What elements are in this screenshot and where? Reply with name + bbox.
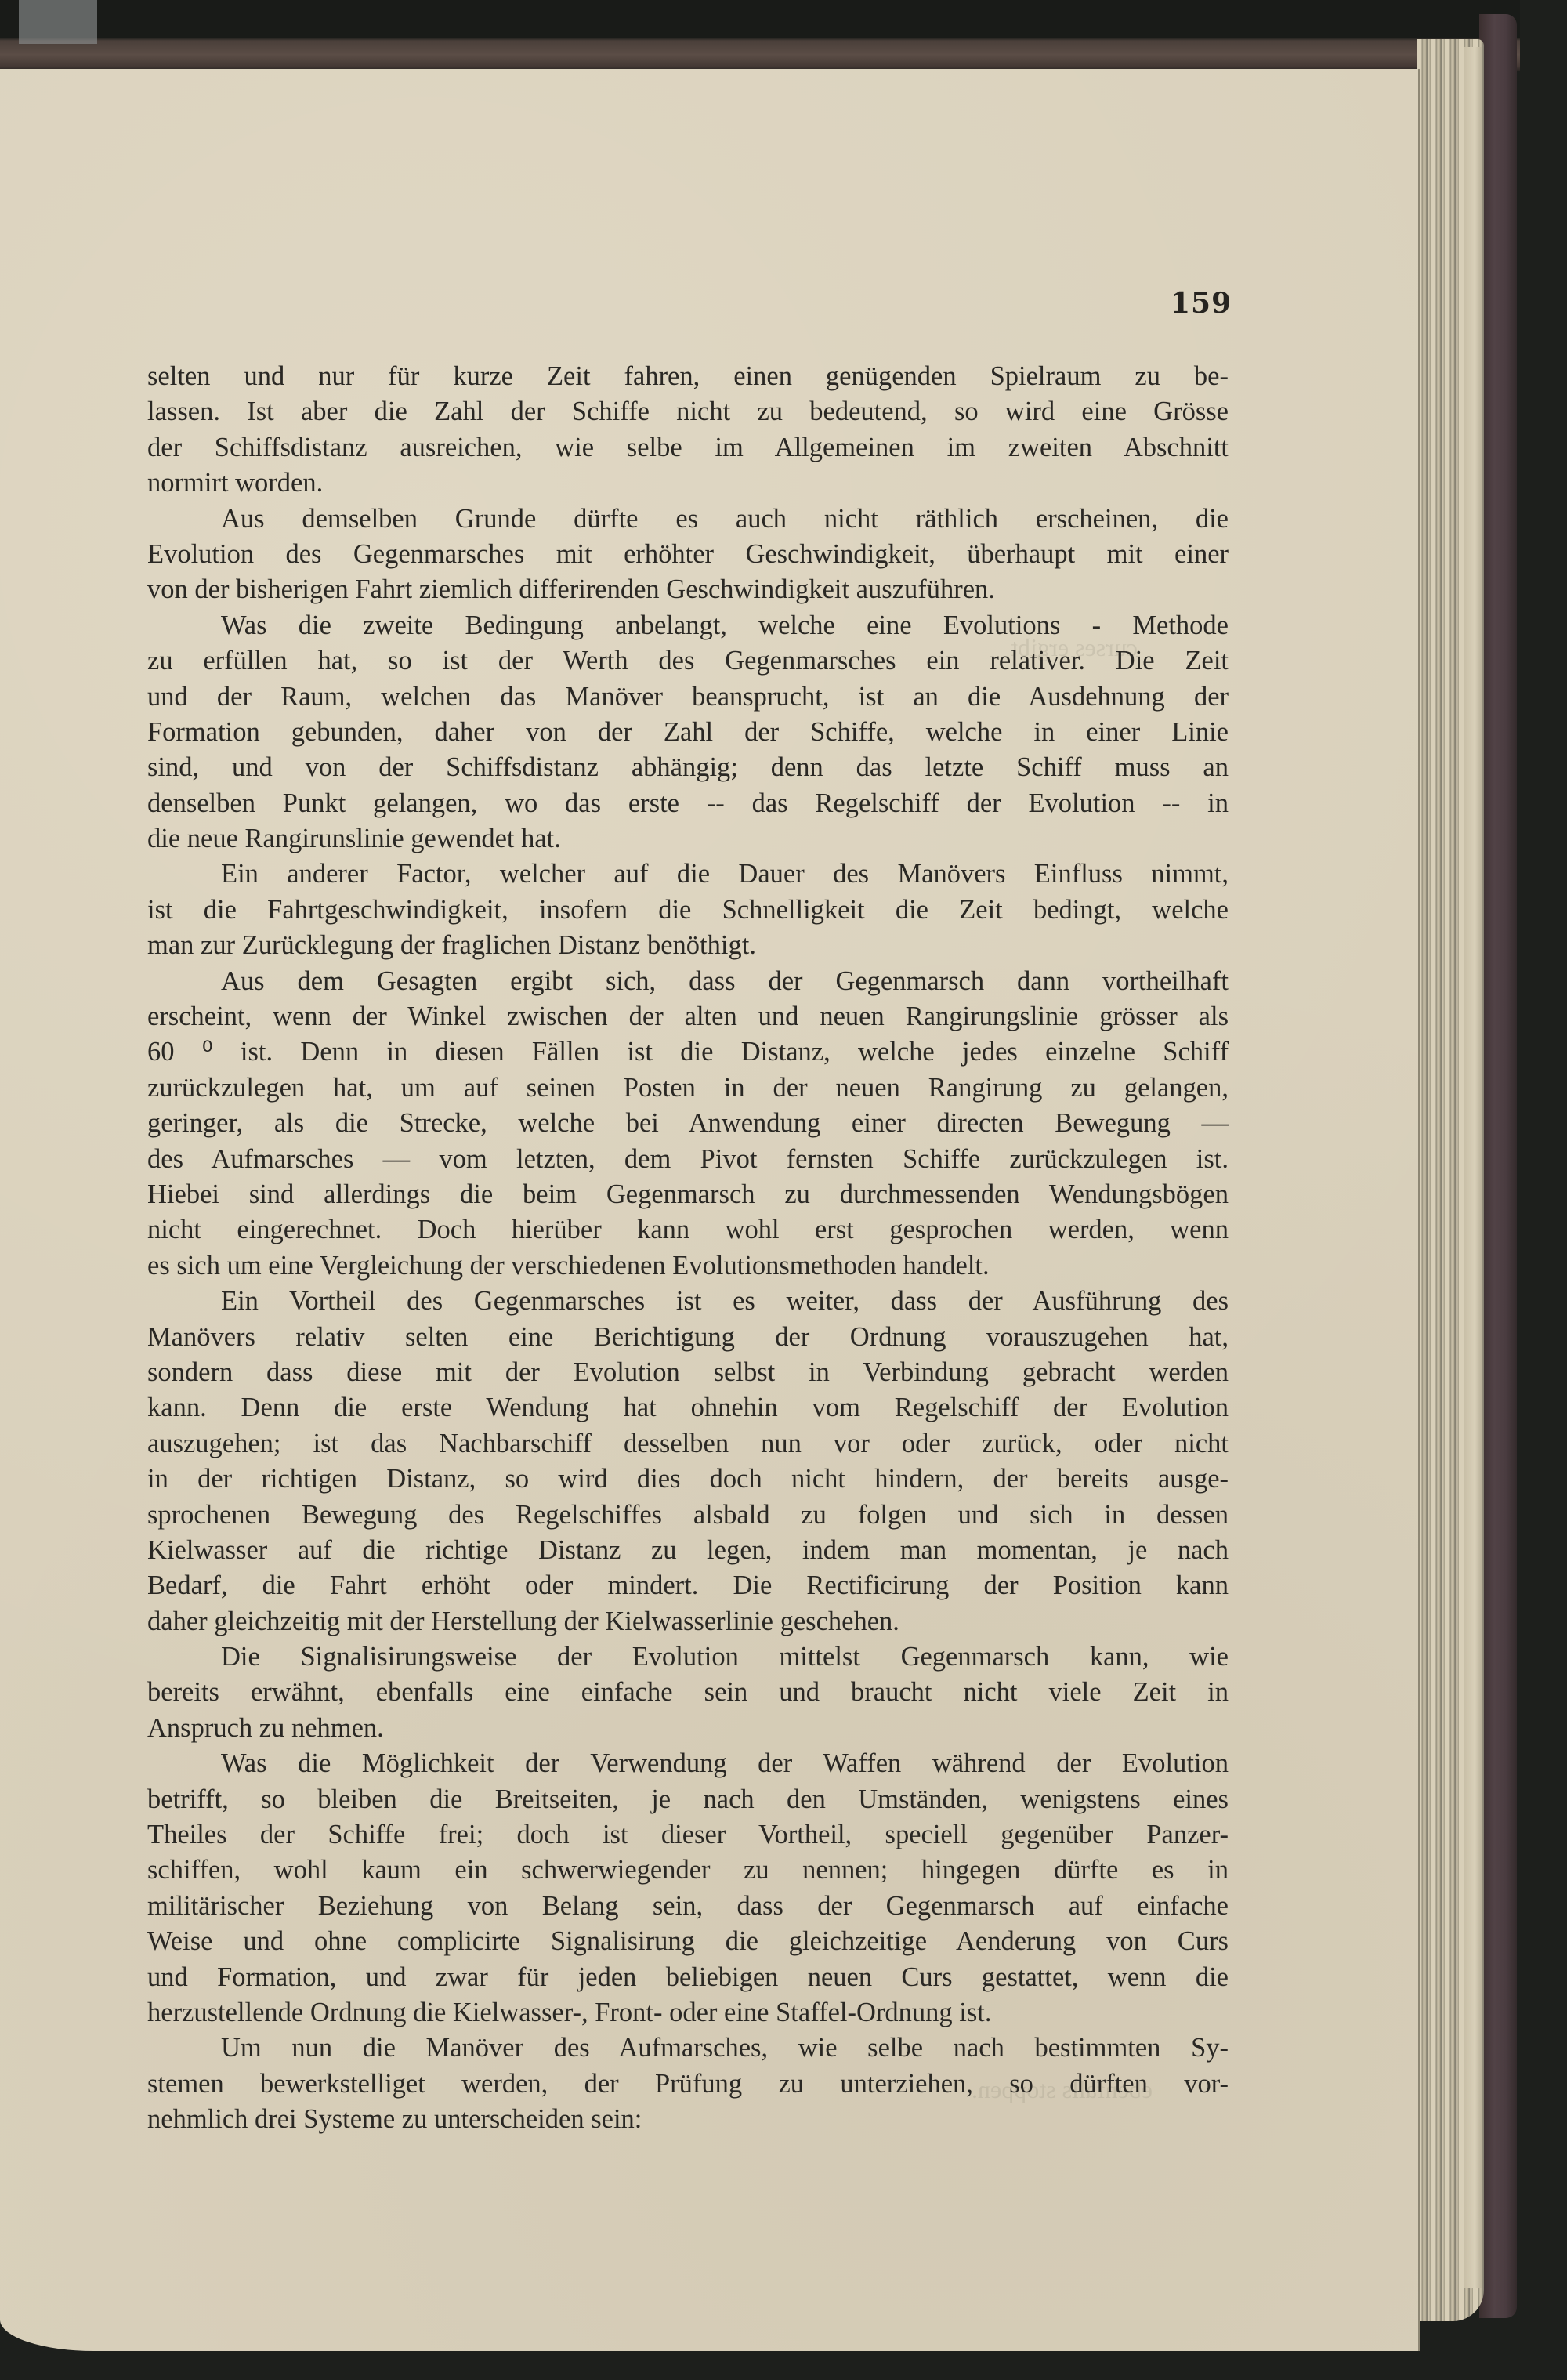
paragraph: Die Signalisirungsweise der Evolution mi… bbox=[147, 1639, 1229, 1746]
text-line: man zur Zurücklegung der fraglichen Dist… bbox=[147, 928, 1229, 963]
text-line: schiffen, wohl kaum ein schwerwiegender … bbox=[147, 1853, 1229, 1888]
text-line: geringer, als die Strecke, welche bei An… bbox=[147, 1106, 1229, 1141]
text-line: zu erfüllen hat, so ist der Werth des Ge… bbox=[147, 643, 1229, 679]
text-line: Hiebei sind allerdings die beim Gegenmar… bbox=[147, 1177, 1229, 1212]
text-line: von der bisherigen Fahrt ziemlich differ… bbox=[147, 572, 1229, 607]
text-line: der Schiffsdistanz ausreichen, wie selbe… bbox=[147, 430, 1229, 465]
text-line: selten und nur für kurze Zeit fahren, ei… bbox=[147, 359, 1229, 394]
text-line: ist die Fahrtgeschwindigkeit, insofern d… bbox=[147, 893, 1229, 928]
text-line: stemen bewerkstelliget werden, der Prüfu… bbox=[147, 2067, 1229, 2102]
paragraph: Was die Möglichkeit der Verwendung der W… bbox=[147, 1746, 1229, 2030]
text-line: Formation gebunden, daher von der Zahl d… bbox=[147, 715, 1229, 750]
text-line: Aus dem Gesagten ergibt sich, dass der G… bbox=[147, 964, 1229, 999]
body-text: selten und nur für kurze Zeit fahren, ei… bbox=[147, 359, 1229, 2138]
text-line: die neue Rangirunslinie gewendet hat. bbox=[147, 821, 1229, 857]
text-line: Evolution des Gegenmarsches mit erhöhter… bbox=[147, 537, 1229, 572]
text-line: Die Signalisirungsweise der Evolution mi… bbox=[147, 1639, 1229, 1675]
text-line: betrifft, so bleiben die Breitseiten, je… bbox=[147, 1782, 1229, 1817]
text-line: Um nun die Manöver des Aufmarsches, wie … bbox=[147, 2030, 1229, 2066]
text-line: kann. Denn die erste Wendung hat ohnehin… bbox=[147, 1390, 1229, 1425]
text-line: bereits erwähnt, ebenfalls eine einfache… bbox=[147, 1675, 1229, 1710]
text-line: zurückzulegen hat, um auf seinen Posten … bbox=[147, 1070, 1229, 1106]
text-line: denselben Punkt gelangen, wo das erste -… bbox=[147, 786, 1229, 821]
text-line: sind, und von der Schiffsdistanz abhängi… bbox=[147, 750, 1229, 785]
text-line: Was die zweite Bedingung anbelangt, welc… bbox=[147, 608, 1229, 643]
paragraph: selten und nur für kurze Zeit fahren, ei… bbox=[147, 359, 1229, 502]
paragraph: Ein anderer Factor, welcher auf die Daue… bbox=[147, 857, 1229, 963]
paragraph: Aus dem Gesagten ergibt sich, dass der G… bbox=[147, 964, 1229, 1284]
text-line: sondern dass diese mit der Evolution sel… bbox=[147, 1355, 1229, 1390]
book-scan: curses ergibt ebenfalls stoppen. 159 sel… bbox=[0, 0, 1567, 2380]
text-line: daher gleichzeitig mit der Herstellung d… bbox=[147, 1604, 1229, 1639]
text-line: sprochenen Bewegung des Regelschiffes al… bbox=[147, 1498, 1229, 1533]
text-line: erscheint, wenn der Winkel zwischen der … bbox=[147, 999, 1229, 1034]
book-binding-cover bbox=[1479, 14, 1517, 2318]
page-number: 159 bbox=[1171, 287, 1232, 320]
page-stack-flyleaf bbox=[1464, 47, 1482, 2288]
text-line: nehmlich drei Systeme zu unterscheiden s… bbox=[147, 2102, 1229, 2137]
paragraph: Was die zweite Bedingung anbelangt, welc… bbox=[147, 608, 1229, 857]
text-line: herzustellende Ordnung die Kielwasser-, … bbox=[147, 1995, 1229, 2030]
text-line: militärischer Beziehung von Belang sein,… bbox=[147, 1889, 1229, 1924]
text-line: Aus demselben Grunde dürfte es auch nich… bbox=[147, 502, 1229, 537]
paragraph: Ein Vortheil des Gegenmarsches ist es we… bbox=[147, 1284, 1229, 1639]
text-line: des Aufmarsches — vom letzten, dem Pivot… bbox=[147, 1142, 1229, 1177]
text-line: Manövers relativ selten eine Berichtigun… bbox=[147, 1320, 1229, 1355]
text-line: normirt worden. bbox=[147, 465, 1229, 501]
text-line: Bedarf, die Fahrt erhöht oder mindert. D… bbox=[147, 1568, 1229, 1603]
text-line: Theiles der Schiffe frei; doch ist diese… bbox=[147, 1817, 1229, 1853]
text-line: Ein anderer Factor, welcher auf die Daue… bbox=[147, 857, 1229, 892]
text-line: 60 ⁰ ist. Denn in diesen Fällen ist die … bbox=[147, 1034, 1229, 1070]
text-line: lassen. Ist aber die Zahl der Schiffe ni… bbox=[147, 394, 1229, 429]
text-line: Was die Möglichkeit der Verwendung der W… bbox=[147, 1746, 1229, 1781]
text-line: auszugehen; ist das Nachbarschiff dessel… bbox=[147, 1426, 1229, 1462]
paragraph: Aus demselben Grunde dürfte es auch nich… bbox=[147, 502, 1229, 608]
text-line: in der richtigen Distanz, so wird dies d… bbox=[147, 1462, 1229, 1497]
book-cover-top-edge bbox=[0, 0, 1520, 71]
text-line: es sich um eine Vergleichung der verschi… bbox=[147, 1248, 1229, 1284]
text-line: und der Raum, welchen das Manöver beansp… bbox=[147, 679, 1229, 715]
text-line: und Formation, und zwar für jeden belieb… bbox=[147, 1960, 1229, 1995]
paragraph: Um nun die Manöver des Aufmarsches, wie … bbox=[147, 2030, 1229, 2137]
scan-background-patch bbox=[19, 0, 97, 44]
text-line: Kielwasser auf die richtige Distanz zu l… bbox=[147, 1533, 1229, 1568]
text-line: Ein Vortheil des Gegenmarsches ist es we… bbox=[147, 1284, 1229, 1319]
text-line: Anspruch zu nehmen. bbox=[147, 1711, 1229, 1746]
text-line: nicht eingerechnet. Doch hierüber kann w… bbox=[147, 1212, 1229, 1248]
text-line: Weise und ohne complicirte Signalisirung… bbox=[147, 1924, 1229, 1959]
